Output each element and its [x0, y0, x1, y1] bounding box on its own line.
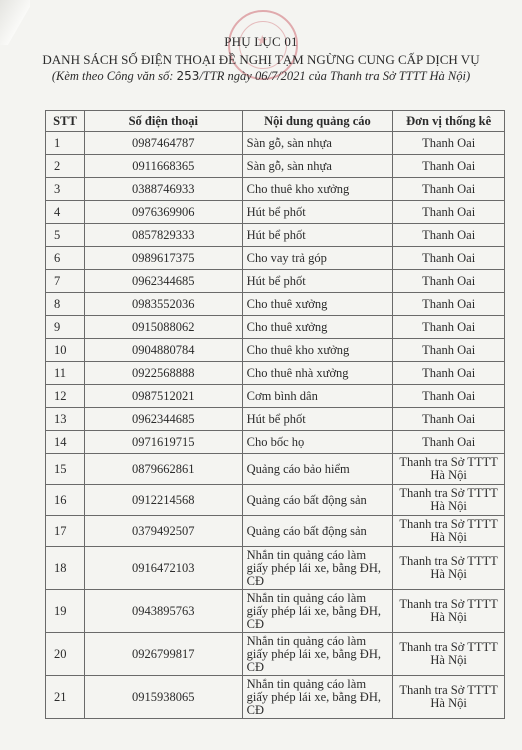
cell-stt: 7	[46, 270, 85, 293]
document-title: DANH SÁCH SỐ ĐIỆN THOẠI ĐỀ NGHỊ TẠM NGỪN…	[0, 52, 522, 68]
cell-phone: 0904880784	[84, 339, 242, 362]
cell-content: Hút bể phốt	[242, 408, 393, 431]
cell-unit: Thanh Oai	[393, 201, 505, 224]
cell-content: Cơm bình dân	[242, 385, 393, 408]
cell-unit: Thanh Oai	[393, 316, 505, 339]
table-row: 190943895763Nhắn tin quảng cáo làm giấy …	[46, 590, 505, 633]
cell-unit: Thanh tra Sở TTTT Hà Nội	[393, 454, 505, 485]
cell-unit: Thanh Oai	[393, 270, 505, 293]
cell-unit: Thanh Oai	[393, 224, 505, 247]
cell-unit: Thanh Oai	[393, 408, 505, 431]
table-row: 120987512021Cơm bình dânThanh Oai	[46, 385, 505, 408]
cell-stt: 6	[46, 247, 85, 270]
cell-content: Quảng cáo bất động sản	[242, 516, 393, 547]
cell-phone: 0971619715	[84, 431, 242, 454]
cell-content: Cho thuê nhà xưởng	[242, 362, 393, 385]
cell-stt: 9	[46, 316, 85, 339]
cell-content: Cho thuê xưởng	[242, 293, 393, 316]
table-row: 60989617375Cho vay trả gópThanh Oai	[46, 247, 505, 270]
table-row: 40976369906Hút bể phốtThanh Oai	[46, 201, 505, 224]
cell-phone: 0983552036	[84, 293, 242, 316]
cell-stt: 1	[46, 132, 85, 155]
cell-phone: 0989617375	[84, 247, 242, 270]
cell-unit: Thanh tra Sở TTTT Hà Nội	[393, 633, 505, 676]
cell-stt: 5	[46, 224, 85, 247]
table-row: 200926799817Nhắn tin quảng cáo làm giấy …	[46, 633, 505, 676]
cell-content: Sàn gỗ, sàn nhựa	[242, 132, 393, 155]
cell-unit: Thanh Oai	[393, 247, 505, 270]
table-row: 10987464787Sàn gỗ, sàn nhựaThanh Oai	[46, 132, 505, 155]
cell-stt: 16	[46, 485, 85, 516]
cell-content: Cho thuê kho xưởng	[242, 178, 393, 201]
cell-stt: 19	[46, 590, 85, 633]
cell-stt: 13	[46, 408, 85, 431]
cell-unit: Thanh Oai	[393, 132, 505, 155]
phone-number-table: STT Số điện thoại Nội dung quảng cáo Đơn…	[45, 110, 505, 719]
cell-phone: 0379492507	[84, 516, 242, 547]
header-unit: Đơn vị thống kê	[393, 111, 505, 132]
cell-content: Cho vay trả góp	[242, 247, 393, 270]
dispatch-number: 253	[177, 69, 200, 83]
cell-stt: 14	[46, 431, 85, 454]
cell-unit: Thanh tra Sở TTTT Hà Nội	[393, 485, 505, 516]
cell-stt: 3	[46, 178, 85, 201]
cell-stt: 8	[46, 293, 85, 316]
header-phone: Số điện thoại	[84, 111, 242, 132]
cell-phone: 0915938065	[84, 676, 242, 719]
cell-unit: Thanh Oai	[393, 178, 505, 201]
cell-content: Nhắn tin quảng cáo làm giấy phép lái xe,…	[242, 590, 393, 633]
cell-stt: 11	[46, 362, 85, 385]
appendix-label: PHỤ LỤC 01	[0, 34, 522, 50]
cell-content: Cho thuê xưởng	[242, 316, 393, 339]
cell-phone: 0987464787	[84, 132, 242, 155]
cell-content: Nhắn tin quảng cáo làm giấy phép lái xe,…	[242, 676, 393, 719]
cell-unit: Thanh Oai	[393, 155, 505, 178]
table-row: 130962344685Hút bể phốtThanh Oai	[46, 408, 505, 431]
cell-stt: 15	[46, 454, 85, 485]
cell-phone: 0857829333	[84, 224, 242, 247]
cell-content: Cho bốc họ	[242, 431, 393, 454]
cell-unit: Thanh tra Sở TTTT Hà Nội	[393, 590, 505, 633]
header-stt: STT	[46, 111, 85, 132]
table-row: 30388746933Cho thuê kho xưởngThanh Oai	[46, 178, 505, 201]
cell-stt: 21	[46, 676, 85, 719]
cell-content: Quảng cáo bất động sản	[242, 485, 393, 516]
cell-phone: 0987512021	[84, 385, 242, 408]
subtitle-prefix: (Kèm theo Công văn số:	[52, 69, 177, 83]
table-row: 150879662861Quảng cáo bảo hiểmThanh tra …	[46, 454, 505, 485]
table-row: 70962344685Hút bể phốtThanh Oai	[46, 270, 505, 293]
cell-phone: 0962344685	[84, 408, 242, 431]
cell-stt: 17	[46, 516, 85, 547]
cell-content: Cho thuê kho xưởng	[242, 339, 393, 362]
cell-phone: 0912214568	[84, 485, 242, 516]
cell-content: Sàn gỗ, sàn nhựa	[242, 155, 393, 178]
table-row: 170379492507Quảng cáo bất động sảnThanh …	[46, 516, 505, 547]
cell-unit: Thanh tra Sở TTTT Hà Nội	[393, 547, 505, 590]
cell-phone: 0976369906	[84, 201, 242, 224]
header-content: Nội dung quảng cáo	[242, 111, 393, 132]
cell-phone: 0916472103	[84, 547, 242, 590]
cell-phone: 0388746933	[84, 178, 242, 201]
table-row: 80983552036Cho thuê xưởngThanh Oai	[46, 293, 505, 316]
cell-phone: 0915088062	[84, 316, 242, 339]
table-row: 100904880784Cho thuê kho xưởngThanh Oai	[46, 339, 505, 362]
table-row: 180916472103Nhắn tin quảng cáo làm giấy …	[46, 547, 505, 590]
cell-content: Hút bể phốt	[242, 270, 393, 293]
table-row: 210915938065Nhắn tin quảng cáo làm giấy …	[46, 676, 505, 719]
cell-phone: 0962344685	[84, 270, 242, 293]
cell-stt: 18	[46, 547, 85, 590]
cell-stt: 2	[46, 155, 85, 178]
table-row: 160912214568Quảng cáo bất động sảnThanh …	[46, 485, 505, 516]
cell-phone: 0926799817	[84, 633, 242, 676]
cell-unit: Thanh Oai	[393, 385, 505, 408]
cell-content: Quảng cáo bảo hiểm	[242, 454, 393, 485]
cell-unit: Thanh Oai	[393, 431, 505, 454]
cell-stt: 20	[46, 633, 85, 676]
cell-phone: 0879662861	[84, 454, 242, 485]
subtitle-suffix: /TTR ngày 06/7/2021 của Thanh tra Sở TTT…	[199, 69, 470, 83]
cell-content: Hút bể phốt	[242, 224, 393, 247]
cell-unit: Thanh Oai	[393, 293, 505, 316]
document-subtitle: (Kèm theo Công văn số: 253/TTR ngày 06/7…	[0, 69, 522, 84]
cell-phone: 0911668365	[84, 155, 242, 178]
cell-content: Hút bể phốt	[242, 201, 393, 224]
table-row: 110922568888Cho thuê nhà xưởngThanh Oai	[46, 362, 505, 385]
cell-unit: Thanh Oai	[393, 339, 505, 362]
cell-stt: 10	[46, 339, 85, 362]
cell-phone: 0943895763	[84, 590, 242, 633]
cell-content: Nhắn tin quảng cáo làm giấy phép lái xe,…	[242, 633, 393, 676]
cell-unit: Thanh tra Sở TTTT Hà Nội	[393, 676, 505, 719]
table-row: 20911668365Sàn gỗ, sàn nhựaThanh Oai	[46, 155, 505, 178]
table-row: 140971619715Cho bốc họThanh Oai	[46, 431, 505, 454]
table-header-row: STT Số điện thoại Nội dung quảng cáo Đơn…	[46, 111, 505, 132]
table-row: 90915088062Cho thuê xưởngThanh Oai	[46, 316, 505, 339]
cell-phone: 0922568888	[84, 362, 242, 385]
table-row: 50857829333Hút bể phốtThanh Oai	[46, 224, 505, 247]
cell-stt: 4	[46, 201, 85, 224]
cell-unit: Thanh tra Sở TTTT Hà Nội	[393, 516, 505, 547]
cell-stt: 12	[46, 385, 85, 408]
cell-unit: Thanh Oai	[393, 362, 505, 385]
cell-content: Nhắn tin quảng cáo làm giấy phép lái xe,…	[242, 547, 393, 590]
